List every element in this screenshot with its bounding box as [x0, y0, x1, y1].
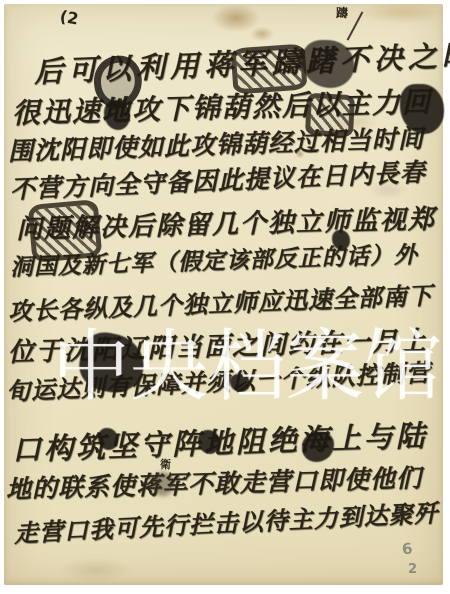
insertion-slash	[347, 11, 364, 40]
crossed-out-box	[305, 93, 355, 137]
scanned-document: 后可以利用蒋军躊躇不决之时 很迅速地攻下锦葫然后以主力回 围沈阳即使如此攻锦葫经…	[0, 0, 450, 594]
manuscript-paper: 后可以利用蒋军躊躇不决之时 很迅速地攻下锦葫然后以主力回 围沈阳即使如此攻锦葫经…	[4, 4, 443, 585]
ink-blot	[98, 428, 118, 450]
page-number-lower: 2	[408, 562, 417, 577]
archive-watermark: 中央档案馆	[52, 328, 442, 406]
crossed-out-box	[230, 43, 307, 94]
ink-blot	[332, 230, 350, 250]
inserted-character-mid: 衛	[160, 456, 171, 472]
ink-blot	[302, 40, 354, 88]
crossed-out-box	[28, 199, 103, 263]
page-corner-mark: (2	[58, 7, 79, 29]
ink-smudge	[152, 472, 174, 496]
inserted-character-top: 躊	[336, 4, 348, 21]
ink-blot	[104, 100, 130, 130]
handwriting-line: 攻长各纵及几个独立师应迅速全部南下	[7, 276, 433, 327]
page-number-upper: 6	[401, 539, 414, 558]
ink-blot	[198, 430, 220, 454]
